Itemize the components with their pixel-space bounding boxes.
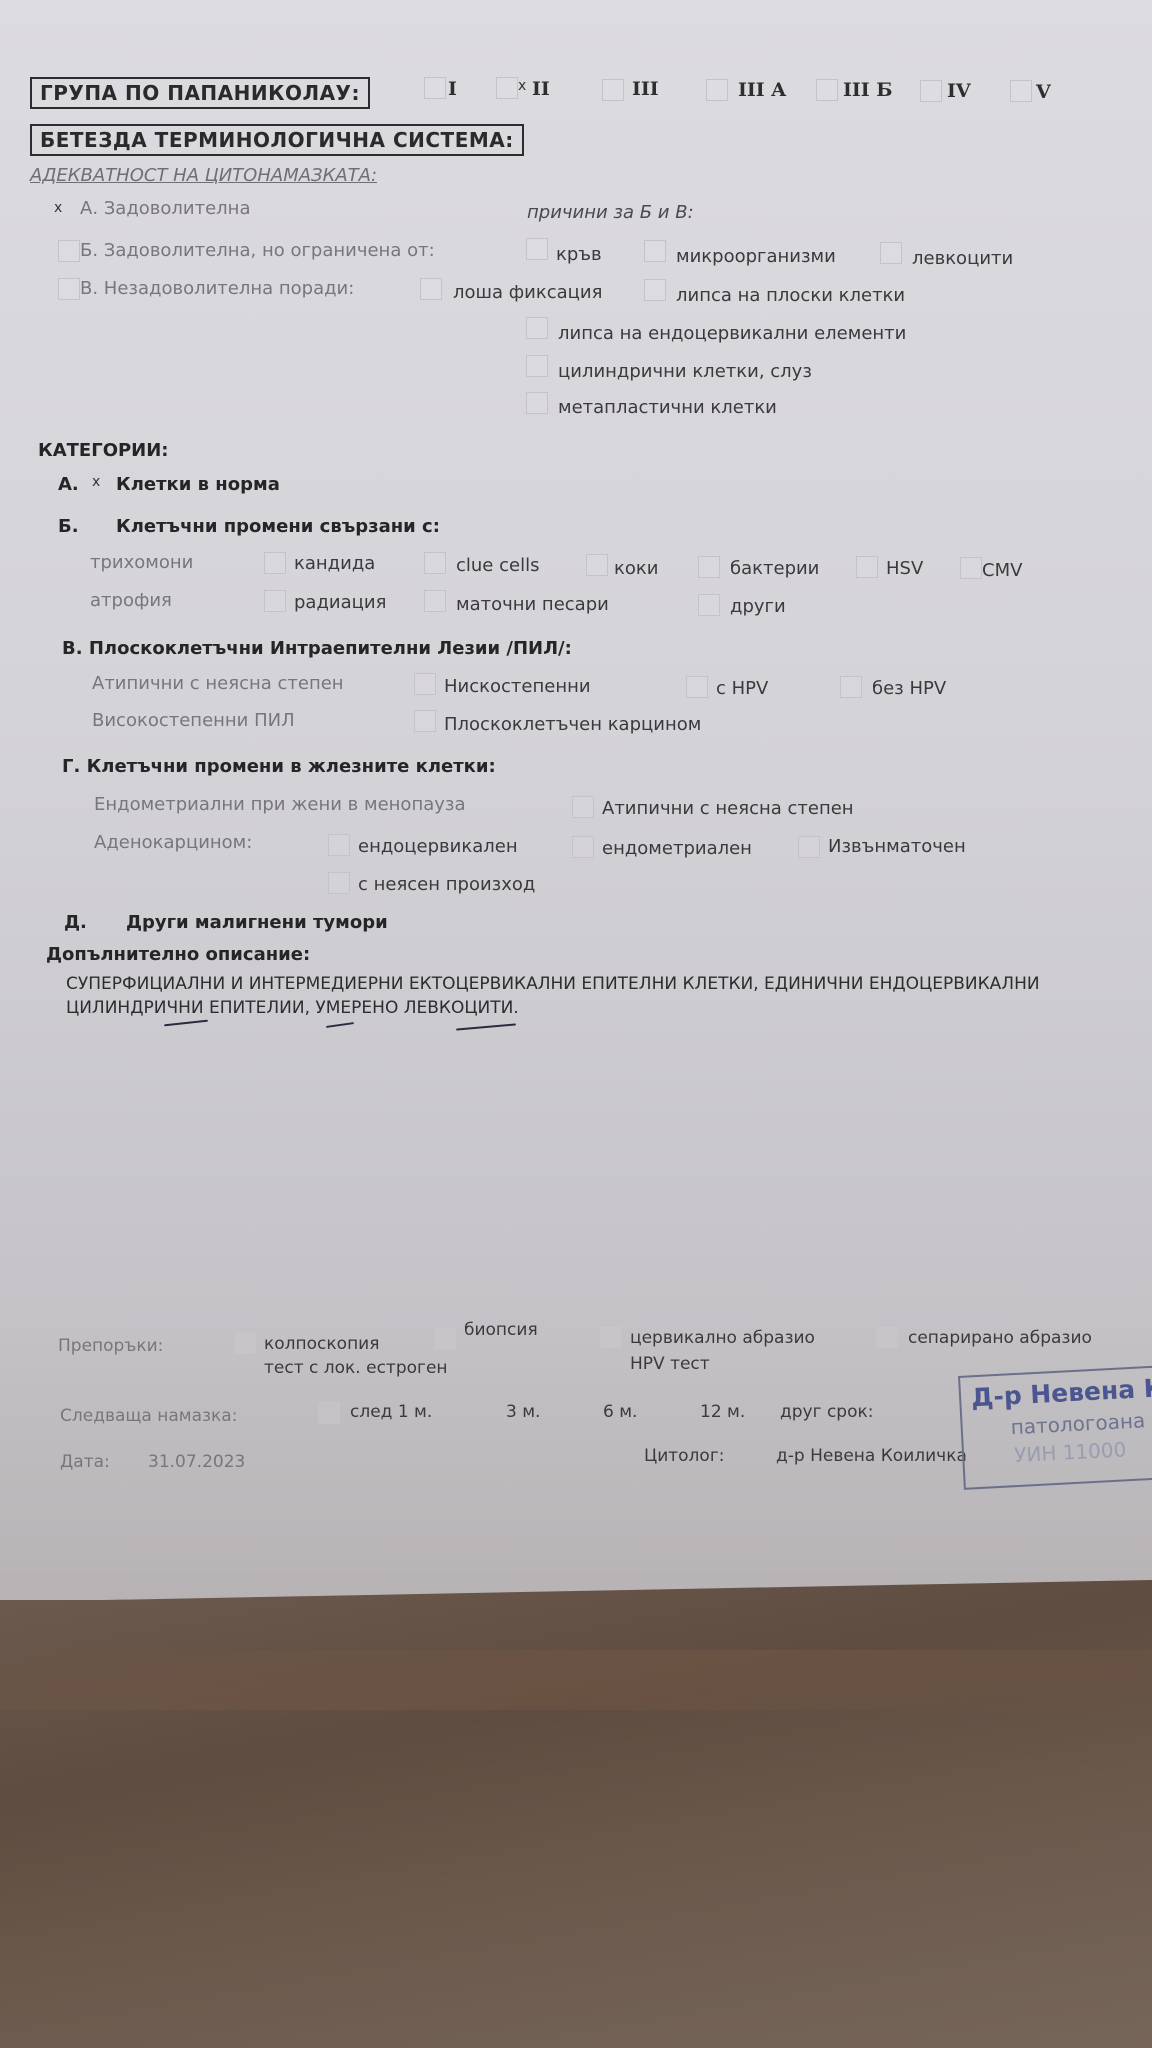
checkbox-b-cmv[interactable]: [960, 557, 982, 579]
cytologist-label: Цитолог:: [644, 1446, 724, 1466]
bethesda-title: БЕТЕЗДА ТЕРМИНОЛОГИЧНА СИСТЕМА:: [30, 124, 524, 156]
pen-underline-1: [164, 1020, 208, 1027]
paper-sheet: ГРУПА ПО ПАПАНИКОЛАУ: I x II III III A I…: [0, 0, 1152, 1600]
reason-leukocytes: левкоцити: [912, 248, 1013, 269]
checkbox-adequacy-c[interactable]: [58, 278, 80, 300]
stamp-id: УИН 11000: [1014, 1437, 1127, 1467]
cytologist-name: д-р Невена Коиличка: [776, 1446, 967, 1466]
reason-no-squamous: липса на плоски клетки: [676, 285, 905, 306]
adequacy-c-label: В. Незадоволителна поради:: [80, 278, 354, 299]
checkbox-reason-leukocytes[interactable]: [880, 242, 902, 264]
next-other-term: друг срок:: [780, 1402, 873, 1422]
checkbox-rec-biopsy[interactable]: [434, 1328, 456, 1350]
recommendations-label: Препоръки:: [58, 1336, 163, 1356]
stamp-specialty: патологоана: [1010, 1408, 1146, 1439]
checkbox-rec-separate-abrasio[interactable]: [876, 1326, 898, 1348]
pap-option-IV: IV: [947, 80, 971, 102]
checkbox-pap-IV[interactable]: [920, 80, 942, 102]
checkbox-d-agc[interactable]: [572, 796, 594, 818]
category-a-prefix: А.: [58, 474, 79, 495]
checkbox-reason-microorganisms[interactable]: [644, 240, 666, 262]
checkbox-b-pessaries[interactable]: [424, 590, 446, 612]
c-without-hpv: без HPV: [872, 678, 946, 699]
b-cmv: CMV: [982, 560, 1022, 581]
checkbox-c-without-hpv[interactable]: [840, 676, 862, 698]
table-surface: [0, 1560, 1152, 2048]
rec-colposcopy: колпоскопия: [264, 1334, 379, 1354]
d-extrauterine: Извънматочен: [828, 836, 966, 857]
category-e-label: Други малигнени тумори: [126, 912, 388, 933]
checkbox-b-candida[interactable]: [264, 552, 286, 574]
checkbox-b-bacteria[interactable]: [698, 556, 720, 578]
b-cocci: коки: [614, 558, 658, 579]
reason-no-endocervical: липса на ендоцервикални елементи: [558, 323, 906, 344]
pap-option-IIIB: III Б: [843, 79, 893, 101]
checkbox-pap-I[interactable]: [424, 77, 446, 99]
next-12m: 12 м.: [700, 1402, 745, 1422]
pap-option-V: V: [1036, 81, 1051, 103]
checkbox-c-with-hpv[interactable]: [686, 676, 708, 698]
reason-microorganisms: микроорганизми: [676, 246, 836, 267]
rec-separate-abrasio: сепарирано абразио: [908, 1328, 1092, 1348]
pap-option-II: II: [532, 78, 550, 100]
reason-metaplastic: метапластични клетки: [558, 397, 777, 418]
d-endocervical: ендоцервикален: [358, 836, 518, 857]
checkbox-pap-IIIA[interactable]: [706, 79, 728, 101]
checkbox-d-extrauterine[interactable]: [798, 836, 820, 858]
checkbox-d-unknown-origin[interactable]: [328, 872, 350, 894]
category-c-label: В. Плоскоклетъчни Интраепителни Лезии /П…: [62, 638, 572, 659]
checkbox-b-other[interactable]: [698, 594, 720, 616]
next-3m: 3 м.: [506, 1402, 540, 1422]
checkbox-d-endometrial[interactable]: [572, 836, 594, 858]
b-bacteria: бактерии: [730, 558, 819, 579]
checkbox-reason-metaplastic[interactable]: [526, 392, 548, 414]
reasons-heading: причини за Б и В:: [527, 202, 694, 223]
reason-poor-fixation: лоша фиксация: [453, 282, 602, 303]
checkbox-reason-columnar[interactable]: [526, 355, 548, 377]
rec-hpv-test: HPV тест: [630, 1354, 710, 1374]
checkbox-c-lsil[interactable]: [414, 673, 436, 695]
d-endometrial-menopause: Ендометриални при жени в менопауза: [94, 794, 466, 815]
papanicolaou-title: ГРУПА ПО ПАПАНИКОЛАУ:: [30, 77, 370, 109]
adequacy-a-checked-mark: x: [54, 200, 62, 216]
doctor-stamp: Д-р Невена Ко патологоана УИН 11000: [958, 1364, 1152, 1490]
rec-biopsy: биопсия: [464, 1320, 538, 1340]
pap-II-checked-mark: x: [518, 78, 526, 94]
category-b-prefix: Б.: [58, 516, 79, 537]
adequacy-heading: АДЕКВАТНОСТ НА ЦИТОНАМАЗКАТА:: [30, 165, 377, 186]
checkbox-d-endocervical[interactable]: [328, 834, 350, 856]
b-atrophy: атрофия: [90, 590, 172, 611]
pen-underline-3: [456, 1023, 516, 1030]
checkbox-b-cocci[interactable]: [586, 554, 608, 576]
b-hsv: HSV: [886, 558, 923, 579]
c-scc: Плоскоклетъчен карцином: [444, 714, 701, 735]
pap-option-III: III: [632, 78, 659, 100]
description-line-2: ЦИЛИНДРИЧНИ ЕПИТЕЛИИ, УМЕРЕНО ЛЕВКОЦИТИ.: [66, 998, 519, 1018]
b-trichomonas: трихомони: [90, 552, 193, 573]
checkbox-reason-no-squamous[interactable]: [644, 279, 666, 301]
checkbox-rec-cervical-abrasio[interactable]: [600, 1326, 622, 1348]
checkbox-b-clue-cells[interactable]: [424, 552, 446, 574]
categories-heading: КАТЕГОРИИ:: [38, 440, 169, 461]
d-agc: Атипични с неясна степен: [602, 798, 854, 819]
reason-blood: кръв: [556, 244, 602, 265]
reason-columnar: цилиндрични клетки, слуз: [558, 361, 812, 382]
next-1m: след 1 м.: [350, 1402, 432, 1422]
pap-option-IIIA: III A: [738, 79, 786, 101]
category-d-label: Г. Клетъчни промени в жлезните клетки:: [62, 756, 496, 777]
cloth-fold: [0, 1650, 1152, 1710]
c-lsil: Нискостепенни: [444, 676, 591, 697]
rec-estrogen-test: тест с лок. естроген: [264, 1358, 448, 1378]
checkbox-reason-blood[interactable]: [526, 238, 548, 260]
date-label: Дата:: [60, 1452, 110, 1472]
date-value: 31.07.2023: [148, 1452, 245, 1472]
category-b-label: Клетъчни промени свързани с:: [116, 516, 440, 537]
pen-underline-2: [326, 1022, 354, 1028]
checkbox-pap-V[interactable]: [1010, 80, 1032, 102]
pap-option-I: I: [448, 78, 457, 100]
rec-cervical-abrasio: цервикално абразио: [630, 1328, 815, 1348]
category-a-checked-mark: x: [92, 474, 100, 490]
checkbox-next-1m[interactable]: [318, 1402, 340, 1424]
checkbox-adequacy-b[interactable]: [58, 240, 80, 262]
adequacy-b-label: Б. Задоволителна, но ограничена от:: [80, 240, 435, 261]
b-pessaries: маточни песари: [456, 594, 609, 615]
adenocarcinoma-label: Аденокарцином:: [94, 832, 252, 853]
b-candida: кандида: [294, 553, 375, 574]
c-ascus: Атипични с неясна степен: [92, 673, 344, 694]
c-hsil: Високостепенни ПИЛ: [92, 710, 295, 731]
b-radiation: радиация: [294, 592, 386, 613]
checkbox-c-scc[interactable]: [414, 710, 436, 732]
checkbox-reason-poor-fixation[interactable]: [420, 278, 442, 300]
next-smear-label: Следваща намазка:: [60, 1406, 237, 1426]
checkbox-b-radiation[interactable]: [264, 590, 286, 612]
category-e-prefix: Д.: [64, 912, 87, 933]
next-6m: 6 м.: [603, 1402, 637, 1422]
b-other: други: [730, 596, 786, 617]
b-clue-cells: clue cells: [456, 555, 539, 576]
checkbox-pap-II[interactable]: [496, 77, 518, 99]
description-line-1: СУПЕРФИЦИАЛНИ И ИНТЕРМЕДИЕРНИ ЕКТОЦЕРВИК…: [66, 974, 1040, 994]
stamp-name: Д-р Невена Ко: [970, 1372, 1152, 1412]
adequacy-a-label: А. Задоволителна: [80, 198, 250, 219]
checkbox-rec-colposcopy[interactable]: [234, 1332, 256, 1354]
description-heading: Допълнително описание:: [46, 944, 310, 965]
checkbox-b-hsv[interactable]: [856, 556, 878, 578]
checkbox-reason-no-endocervical[interactable]: [526, 317, 548, 339]
d-endometrial: ендометриален: [602, 838, 752, 859]
checkbox-pap-III[interactable]: [602, 79, 624, 101]
d-unknown-origin: с неясен произход: [358, 874, 535, 895]
checkbox-pap-IIIB[interactable]: [816, 79, 838, 101]
category-a-label: Клетки в норма: [116, 474, 280, 495]
c-with-hpv: с HPV: [716, 678, 768, 699]
